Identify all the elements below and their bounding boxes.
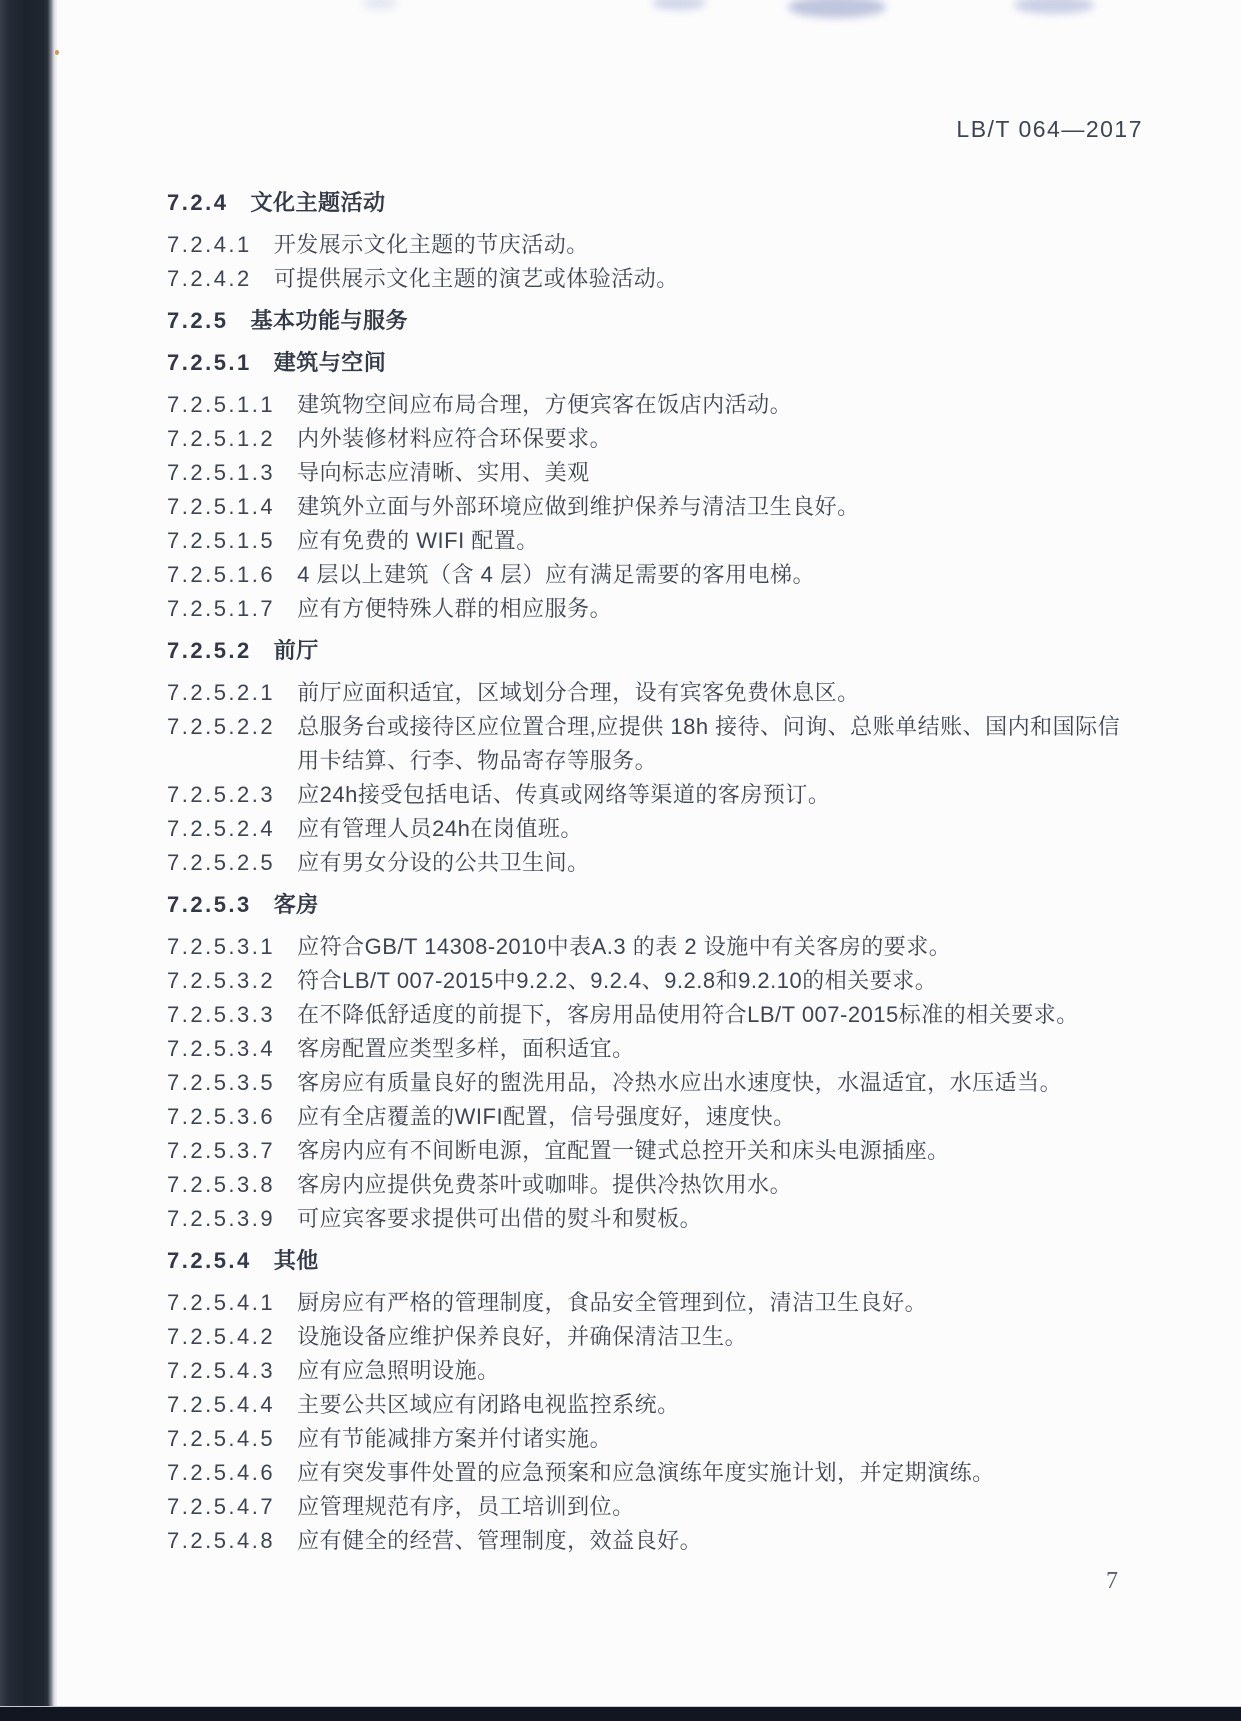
clause-row: 7.2.4.1开发展示文化主题的节庆活动。 xyxy=(167,228,1142,262)
binding-shadow xyxy=(0,0,58,1721)
clause-number: 7.2.5.1.6 xyxy=(167,558,275,592)
clause-text: 导向标志应清晰、实用、美观 xyxy=(297,456,1142,490)
clause-number: 7.2.5.2.2 xyxy=(167,710,275,744)
section-heading-row: 7.2.5基本功能与服务 xyxy=(167,304,1142,338)
clause-row: 7.2.5.3.9可应宾客要求提供可出借的熨斗和熨板。 xyxy=(167,1202,1142,1236)
clause-number: 7.2.5.4.8 xyxy=(167,1524,275,1558)
clause-text: 设施设备应维护保养良好，并确保清洁卫生。 xyxy=(297,1320,1142,1354)
clause-number: 7.2.5.4.3 xyxy=(167,1354,275,1388)
clause-number: 7.2.5.4.6 xyxy=(167,1456,275,1490)
clause-text: 应有突发事件处置的应急预案和应急演练年度实施计划，并定期演练。 xyxy=(297,1456,1142,1490)
clause-number: 7.2.5.1.4 xyxy=(167,490,275,524)
clause-number: 7.2.5.1.7 xyxy=(167,592,275,626)
clause-row: 7.2.5.4.7应管理规范有序，员工培训到位。 xyxy=(167,1490,1142,1524)
clause-row: 7.2.5.3.3在不降低舒适度的前提下，客房用品使用符合LB/T 007-20… xyxy=(167,998,1142,1032)
clause-row: 7.2.5.4.4主要公共区域应有闭路电视监控系统。 xyxy=(167,1388,1142,1422)
clause-text: 客房应有质量良好的盥洗用品，冷热水应出水速度快，水温适宜，水压适当。 xyxy=(297,1066,1142,1100)
clause-text: 应24h接受包括电话、传真或网络等渠道的客房预订。 xyxy=(297,778,1142,812)
clause-row: 7.2.5.4.1厨房应有严格的管理制度，食品安全管理到位，清洁卫生良好。 xyxy=(167,1286,1142,1320)
clause-text: 内外装修材料应符合环保要求。 xyxy=(297,422,1142,456)
clause-text: 在不降低舒适度的前提下，客房用品使用符合LB/T 007-2015标准的相关要求… xyxy=(297,998,1142,1032)
section-heading-row: 7.2.4文化主题活动 xyxy=(167,186,1142,220)
clause-text: 可提供展示文化主题的演艺或体验活动。 xyxy=(274,262,1142,296)
clause-number: 7.2.5 xyxy=(167,304,228,338)
clause-number: 7.2.5.4.1 xyxy=(167,1286,275,1320)
clause-number: 7.2.5.2 xyxy=(167,634,252,668)
clause-number: 7.2.5.2.5 xyxy=(167,846,275,880)
clause-row: 7.2.5.4.5应有节能减排方案并付诸实施。 xyxy=(167,1422,1142,1456)
clause-text: 4 层以上建筑（含 4 层）应有满足需要的客用电梯。 xyxy=(297,558,1142,592)
clause-row: 7.2.5.2.3应24h接受包括电话、传真或网络等渠道的客房预订。 xyxy=(167,778,1142,812)
clause-number: 7.2.4.2 xyxy=(167,262,252,296)
clause-text: 基本功能与服务 xyxy=(250,304,1142,338)
clause-text: 建筑与空间 xyxy=(274,346,1142,380)
clause-text: 应有健全的经营、管理制度，效益良好。 xyxy=(297,1524,1142,1558)
page-number: 7 xyxy=(1106,1568,1118,1595)
clause-number: 7.2.5.1.5 xyxy=(167,524,275,558)
clause-row: 7.2.5.4.6应有突发事件处置的应急预案和应急演练年度实施计划，并定期演练。 xyxy=(167,1456,1142,1490)
clause-text: 主要公共区域应有闭路电视监控系统。 xyxy=(297,1388,1142,1422)
clause-text: 应有应急照明设施。 xyxy=(297,1354,1142,1388)
clause-text: 其他 xyxy=(274,1244,1142,1278)
clause-number: 7.2.5.1.1 xyxy=(167,388,275,422)
clause-number: 7.2.5.3.1 xyxy=(167,930,275,964)
clause-number: 7.2.5.3.2 xyxy=(167,964,275,998)
clause-text: 客房内应提供免费茶叶或咖啡。提供冷热饮用水。 xyxy=(297,1168,1142,1202)
clause-text: 客房 xyxy=(274,888,1142,922)
clause-text: 客房配置应类型多样，面积适宜。 xyxy=(297,1032,1142,1066)
clause-row: 7.2.5.1.4建筑外立面与外部环境应做到维护保养与清洁卫生良好。 xyxy=(167,490,1142,524)
scan-smudge xyxy=(1014,0,1094,14)
scan-speck xyxy=(55,50,59,55)
clause-number: 7.2.5.3.4 xyxy=(167,1032,275,1066)
clause-number: 7.2.5.2.1 xyxy=(167,676,275,710)
clause-text: 厨房应有严格的管理制度，食品安全管理到位，清洁卫生良好。 xyxy=(297,1286,1142,1320)
clause-text: 前厅应面积适宜，区域划分合理，设有宾客免费休息区。 xyxy=(297,676,1142,710)
clause-number: 7.2.5.1.3 xyxy=(167,456,275,490)
clause-text: 前厅 xyxy=(274,634,1142,668)
section-heading-row: 7.2.5.1建筑与空间 xyxy=(167,346,1142,380)
clause-number: 7.2.5.3.7 xyxy=(167,1134,275,1168)
clause-row: 7.2.5.1.3导向标志应清晰、实用、美观 xyxy=(167,456,1142,490)
clause-row: 7.2.5.1.2内外装修材料应符合环保要求。 xyxy=(167,422,1142,456)
clause-row: 7.2.5.1.1建筑物空间应布局合理，方便宾客在饭店内活动。 xyxy=(167,388,1142,422)
clause-text: 应有免费的 WIFI 配置。 xyxy=(297,524,1142,558)
scan-smudge xyxy=(652,0,706,10)
clause-number: 7.2.5.3.8 xyxy=(167,1168,275,1202)
clause-number: 7.2.5.3.9 xyxy=(167,1202,275,1236)
clause-number: 7.2.5.2.3 xyxy=(167,778,275,812)
clause-text: 符合LB/T 007-2015中9.2.2、9.2.4、9.2.8和9.2.10… xyxy=(297,964,1142,998)
clause-text: 应有节能减排方案并付诸实施。 xyxy=(297,1422,1142,1456)
clause-row: 7.2.5.3.2符合LB/T 007-2015中9.2.2、9.2.4、9.2… xyxy=(167,964,1142,998)
clause-number: 7.2.5.4.2 xyxy=(167,1320,275,1354)
clause-text: 应有男女分设的公共卫生间。 xyxy=(297,846,1142,880)
clause-text: 应有管理人员24h在岗值班。 xyxy=(297,812,1142,846)
clause-row: 7.2.5.3.6应有全店覆盖的WIFI配置，信号强度好，速度快。 xyxy=(167,1100,1142,1134)
clause-text: 应符合GB/T 14308-2010中表A.3 的表 2 设施中有关客房的要求。 xyxy=(297,930,1142,964)
clause-number: 7.2.5.4 xyxy=(167,1244,252,1278)
clause-text: 开发展示文化主题的节庆活动。 xyxy=(274,228,1142,262)
clause-row: 7.2.5.2.4应有管理人员24h在岗值班。 xyxy=(167,812,1142,846)
clause-number: 7.2.5.3.6 xyxy=(167,1100,275,1134)
clause-number: 7.2.5.1.2 xyxy=(167,422,275,456)
clause-row: 7.2.5.1.5应有免费的 WIFI 配置。 xyxy=(167,524,1142,558)
clause-number: 7.2.5.3.5 xyxy=(167,1066,275,1100)
section-heading-row: 7.2.5.4其他 xyxy=(167,1244,1142,1278)
section-heading-row: 7.2.5.3客房 xyxy=(167,888,1142,922)
section-heading-row: 7.2.5.2前厅 xyxy=(167,634,1142,668)
document-content: 7.2.4文化主题活动7.2.4.1开发展示文化主题的节庆活动。7.2.4.2可… xyxy=(167,178,1142,1558)
clause-row: 7.2.5.3.7客房内应有不间断电源，宜配置一键式总控开关和床头电源插座。 xyxy=(167,1134,1142,1168)
clause-row: 7.2.5.3.1应符合GB/T 14308-2010中表A.3 的表 2 设施… xyxy=(167,930,1142,964)
clause-text: 可应宾客要求提供可出借的熨斗和熨板。 xyxy=(297,1202,1142,1236)
clause-number: 7.2.5.3 xyxy=(167,888,252,922)
clause-row: 7.2.5.1.7应有方便特殊人群的相应服务。 xyxy=(167,592,1142,626)
clause-text: 应有方便特殊人群的相应服务。 xyxy=(297,592,1142,626)
clause-row: 7.2.5.2.5应有男女分设的公共卫生间。 xyxy=(167,846,1142,880)
clause-text: 应有全店覆盖的WIFI配置，信号强度好，速度快。 xyxy=(297,1100,1142,1134)
clause-row: 7.2.4.2可提供展示文化主题的演艺或体验活动。 xyxy=(167,262,1142,296)
clause-text: 文化主题活动 xyxy=(250,186,1142,220)
clause-row: 7.2.5.2.2总服务台或接待区应位置合理,应提供 18h 接待、问询、总账单… xyxy=(167,710,1142,778)
bottom-scan-band xyxy=(0,1706,1241,1721)
clause-text: 总服务台或接待区应位置合理,应提供 18h 接待、问询、总账单结账、国内和国际信… xyxy=(297,710,1142,778)
clause-row: 7.2.5.4.8应有健全的经营、管理制度，效益良好。 xyxy=(167,1524,1142,1558)
clause-row: 7.2.5.4.2设施设备应维护保养良好，并确保清洁卫生。 xyxy=(167,1320,1142,1354)
clause-number: 7.2.5.4.7 xyxy=(167,1490,275,1524)
clause-text: 客房内应有不间断电源，宜配置一键式总控开关和床头电源插座。 xyxy=(297,1134,1142,1168)
clause-row: 7.2.5.2.1前厅应面积适宜，区域划分合理，设有宾客免费休息区。 xyxy=(167,676,1142,710)
clause-number: 7.2.5.1 xyxy=(167,346,252,380)
clause-number: 7.2.4.1 xyxy=(167,228,252,262)
clause-number: 7.2.5.2.4 xyxy=(167,812,275,846)
clause-number: 7.2.5.4.4 xyxy=(167,1388,275,1422)
clause-number: 7.2.5.3.3 xyxy=(167,998,275,1032)
clause-row: 7.2.5.1.64 层以上建筑（含 4 层）应有满足需要的客用电梯。 xyxy=(167,558,1142,592)
clause-row: 7.2.5.4.3应有应急照明设施。 xyxy=(167,1354,1142,1388)
clause-row: 7.2.5.3.4客房配置应类型多样，面积适宜。 xyxy=(167,1032,1142,1066)
clause-row: 7.2.5.3.5客房应有质量良好的盥洗用品，冷热水应出水速度快，水温适宜，水压… xyxy=(167,1066,1142,1100)
standard-code-header: LB/T 064—2017 xyxy=(956,116,1143,143)
clause-text: 建筑物空间应布局合理，方便宾客在饭店内活动。 xyxy=(297,388,1142,422)
clause-number: 7.2.4 xyxy=(167,186,228,220)
clause-row: 7.2.5.3.8客房内应提供免费茶叶或咖啡。提供冷热饮用水。 xyxy=(167,1168,1142,1202)
clause-text: 应管理规范有序，员工培训到位。 xyxy=(297,1490,1142,1524)
clause-text: 建筑外立面与外部环境应做到维护保养与清洁卫生良好。 xyxy=(297,490,1142,524)
scan-smudge xyxy=(362,0,398,10)
scan-smudge xyxy=(788,0,886,18)
scanned-document-page: { "document": { "header_code": "LB/T 064… xyxy=(0,0,1241,1721)
clause-number: 7.2.5.4.5 xyxy=(167,1422,275,1456)
